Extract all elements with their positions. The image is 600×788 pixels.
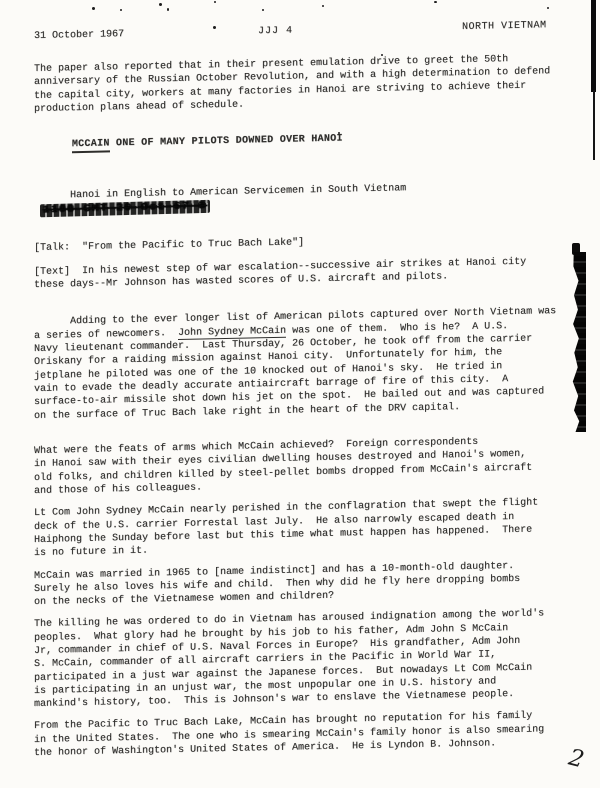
forrestal-paragraph: Lt Com John Sydney McCain nearly perishe…: [34, 496, 574, 560]
source-text: Hanoi in English to American Servicemen …: [70, 184, 406, 202]
talk-line: [Talk: "From the Pacific to Truc Bach La…: [34, 231, 574, 256]
header-region: NORTH VIETNAM: [462, 19, 547, 34]
document-content: 31 October 1967 JJJ 4 NORTH VIETNAM The …: [34, 19, 574, 761]
article-headline: MCCAIN ONE OF MANY PILOTS DOWNED OVER HA…: [34, 115, 574, 166]
closing-paragraph: From the Pacific to Truc Bach Lake, McCa…: [34, 709, 574, 760]
headline-rest: ONE OF MANY PILOTS DOWNED OVER HANOI: [110, 134, 343, 150]
scan-speck: [381, 54, 383, 56]
header-date: 31 October 1967: [34, 28, 124, 43]
scan-speck: [434, 1, 437, 3]
overstruck-censored-text: 1100 GMT 29 Oct 67 B: [40, 200, 210, 218]
scan-speck: [92, 7, 95, 10]
header-page-code: JJJ 4: [258, 25, 293, 39]
broadcast-source-line: Hanoi in English to American Servicemen …: [34, 166, 574, 230]
scan-edge-bar: [591, 0, 596, 92]
pilots-captured-paragraph: Adding to the ever longer list of Americ…: [34, 292, 574, 436]
page-header: 31 October 1967 JJJ 4 NORTH VIETNAM: [34, 19, 574, 43]
headline-underlined-word: MCCAIN: [72, 139, 110, 154]
scan-speck: [213, 26, 216, 29]
indignation-paragraph: The killing he was ordered to do in Viet…: [34, 607, 574, 711]
scan-speck: [159, 3, 162, 6]
lead-text-paragraph: [Text] In his newest step of war escalat…: [34, 254, 574, 292]
intro-paragraph: The paper also reported that in their pr…: [34, 52, 574, 116]
scan-edge-bar-thin: [593, 90, 595, 160]
scan-speck: [214, 1, 216, 3]
feats-paragraph: What were the feats of arms which McCain…: [34, 434, 574, 498]
scan-speck: [120, 9, 122, 11]
scan-speck: [338, 132, 340, 134]
underlined-name: John Sydney McCain: [178, 325, 286, 339]
scan-speck: [547, 7, 549, 9]
family-paragraph: McCain was married in 1965 to [name indi…: [34, 558, 574, 609]
scan-speck: [167, 8, 169, 11]
scan-speck: [322, 5, 324, 7]
scan-speck: [262, 9, 264, 11]
scanned-document-page: 31 October 1967 JJJ 4 NORTH VIETNAM The …: [0, 0, 600, 788]
